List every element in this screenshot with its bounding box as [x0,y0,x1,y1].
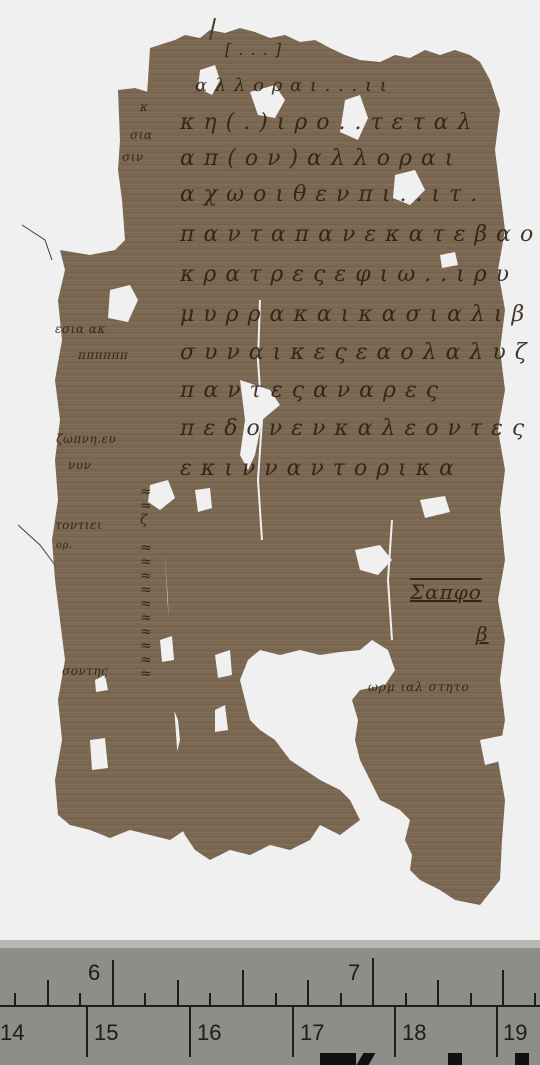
cm-label: 16 [197,1020,221,1046]
inch-tick [177,980,179,1005]
inch-tick [502,970,504,1005]
scale-ruler: 6 7 14 15 16 17 18 19 [0,940,540,1065]
papyrus-fragment [0,0,540,940]
inch-tick [47,980,49,1005]
cm-label: 19 [503,1020,527,1046]
brand-logo-fragment [448,1053,462,1065]
inch-label: 6 [88,960,100,986]
cm-label: 17 [300,1020,324,1046]
inch-tick [470,993,472,1005]
inch-tick [144,993,146,1005]
inch-tick [209,993,211,1005]
cm-label: 18 [402,1020,426,1046]
inch-tick [275,993,277,1005]
inch-tick [405,993,407,1005]
inch-tick [307,980,309,1005]
stray-fiber [18,525,55,565]
stray-fiber [22,225,52,260]
cm-tick [496,1007,498,1057]
cm-tick [292,1007,294,1057]
papyrus-main-body [140,28,505,905]
cm-label: 15 [94,1020,118,1046]
inch-tick [112,960,114,1005]
inch-label: 7 [348,960,360,986]
brand-logo-fragment [320,1053,356,1065]
brand-logo-fragment [515,1053,529,1065]
cm-tick [189,1007,191,1057]
photograph: [ . . . ] α λ λ ο ρ α ι . . . ι ι κ η ( … [0,0,540,940]
inch-tick [79,993,81,1005]
inch-tick [340,993,342,1005]
inch-tick [14,993,16,1005]
inch-tick [372,958,374,1005]
inch-tick [437,980,439,1005]
ruler-midline [0,1005,540,1007]
brand-logo-fragment [357,1053,376,1065]
cm-tick [394,1007,396,1057]
cm-label: 14 [0,1020,24,1046]
inch-tick [242,970,244,1005]
cm-tick [86,1007,88,1057]
inch-tick [534,993,536,1005]
